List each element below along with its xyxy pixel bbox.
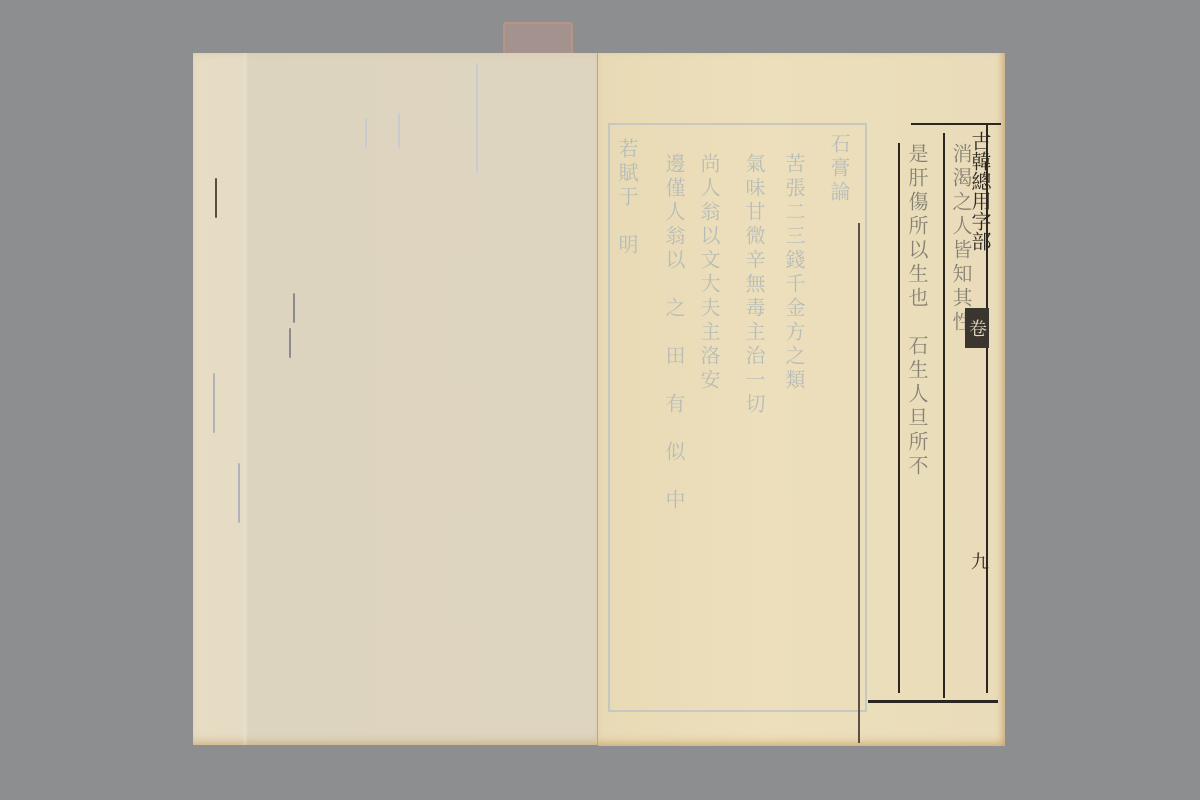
bleed-through-text: 邊僅人翁以 之 田 有 似 中 [663,153,685,653]
tear-mark [289,328,291,358]
tear-mark [398,113,400,148]
tear-mark [215,178,217,218]
page-number: 九 [971,548,989,574]
fish-tail-marker: 卷 [965,308,989,348]
bleed-through-text: 氣味甘微辛無毒主治一切 [743,153,765,713]
bottom-border [868,700,998,703]
bleed-through-text: 石膏論 [828,133,850,433]
open-book: 若賦于 明 邊僅人翁以 之 田 有 似 中 尚人翁以文大夫主洛安 氣味甘微辛無毒… [193,53,1005,746]
right-page: 若賦于 明 邊僅人翁以 之 田 有 似 中 尚人翁以文大夫主洛安 氣味甘微辛無毒… [598,53,1005,746]
page-fold [243,53,247,745]
column-rule [943,133,945,698]
title-column: 古韓總用字部 [965,131,991,311]
faint-text-column: 是肝傷所以生也 石生人旦所不 [906,143,928,693]
column-rule [898,143,900,693]
top-border [911,123,1001,125]
bleed-through-text: 苦張二三錢千金方之類 [783,153,805,653]
tear-mark [365,118,367,148]
tear-mark [213,373,215,433]
tear-mark [238,463,240,523]
tear-mark [476,63,478,173]
tear-mark [293,293,295,323]
bleed-through-text: 尚人翁以文大夫主洛安 [698,153,720,653]
bleed-through-text: 若賦于 明 [616,138,638,338]
left-page [193,53,598,745]
column-rule [858,223,860,743]
